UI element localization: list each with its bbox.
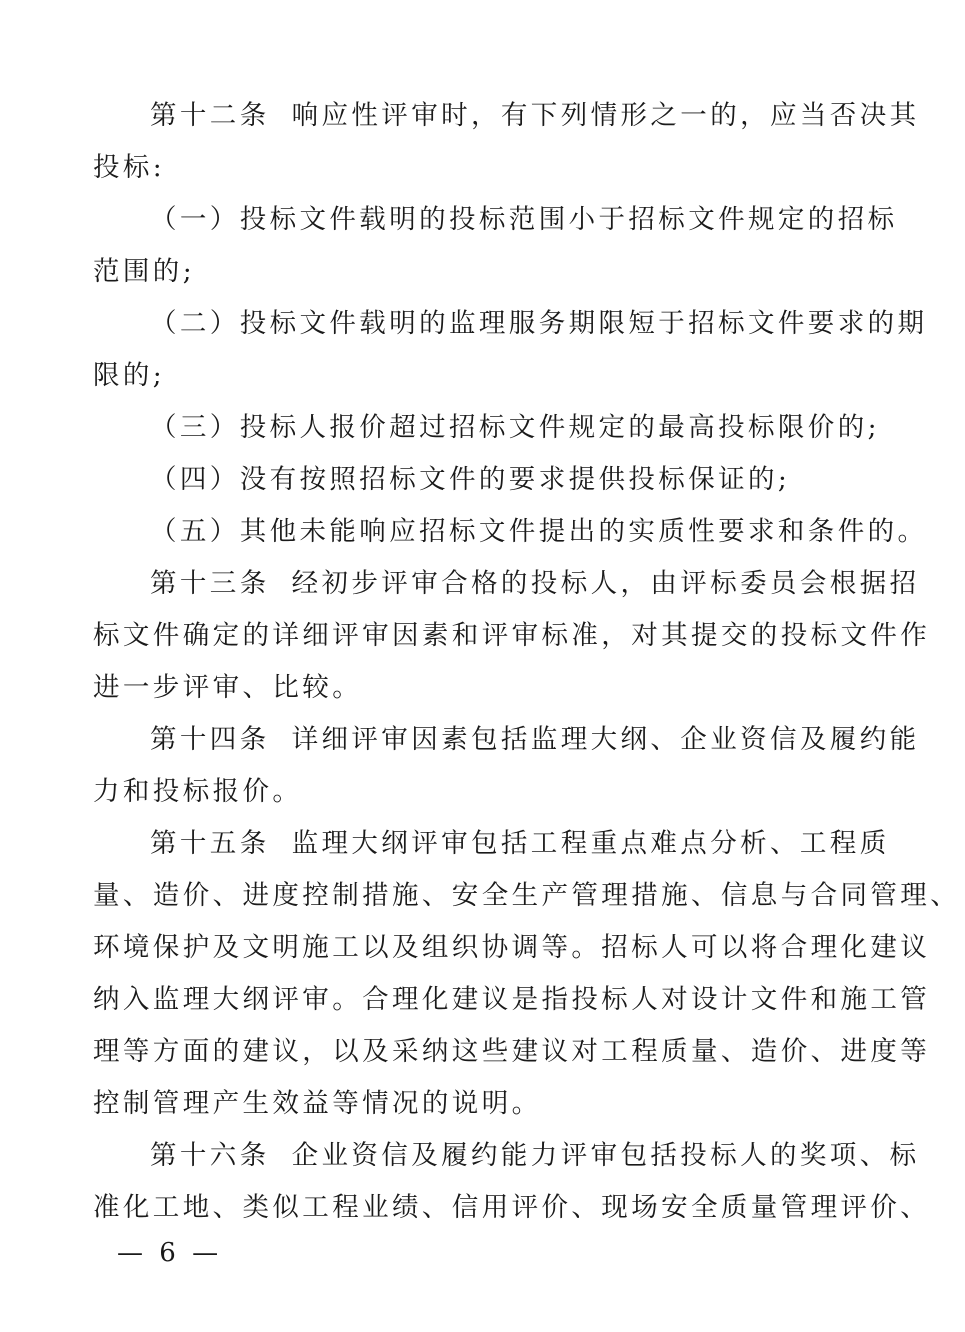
- paragraph-text: 准化工地、类似工程业绩、信用评价、现场安全质量管理评价、: [93, 1192, 930, 1223]
- paragraph-text: 纳入监理大纲评审。合理化建议是指投标人对设计文件和施工管: [93, 984, 930, 1015]
- list-item-text: （五）其他未能响应招标文件提出的实质性要求和条件的。: [150, 516, 927, 547]
- item-2-line-2: 限的;: [93, 356, 885, 396]
- item-1-line-2: 范围的;: [93, 252, 885, 292]
- article-15-line-3: 环境保护及文明施工以及组织协调等。招标人可以将合理化建议: [93, 928, 885, 968]
- article-heading: 第十三条: [150, 568, 270, 599]
- article-13-line-1: 第十三条经初步评审合格的投标人，由评标委员会根据招: [150, 564, 885, 604]
- list-item-text: （四）没有按照招标文件的要求提供投标保证的;: [150, 464, 790, 495]
- list-item-text: 限的;: [93, 360, 165, 391]
- article-15-line-1: 第十五条监理大纲评审包括工程重点难点分析、工程质: [150, 824, 885, 864]
- item-5: （五）其他未能响应招标文件提出的实质性要求和条件的。: [150, 512, 885, 552]
- article-heading: 第十六条: [150, 1140, 270, 1171]
- paragraph-text: 进一步评审、比较。: [93, 672, 362, 703]
- item-3: （三）投标人报价超过招标文件规定的最高投标限价的;: [150, 408, 885, 448]
- page-number: — 6 —: [117, 1233, 222, 1273]
- article-14-line-1: 第十四条详细评审因素包括监理大纲、企业资信及履约能: [150, 720, 885, 760]
- paragraph-text: 企业资信及履约能力评审包括投标人的奖项、标: [292, 1140, 920, 1171]
- article-heading: 第十五条: [150, 828, 270, 859]
- article-12-line-1: 第十二条响应性评审时，有下列情形之一的，应当否决其: [150, 96, 885, 136]
- article-15-line-6: 控制管理产生效益等情况的说明。: [93, 1084, 885, 1124]
- list-item-text: 范围的;: [93, 256, 195, 287]
- article-16-line-1: 第十六条企业资信及履约能力评审包括投标人的奖项、标: [150, 1136, 885, 1176]
- item-4: （四）没有按照招标文件的要求提供投标保证的;: [150, 460, 885, 500]
- paragraph-text: 经初步评审合格的投标人，由评标委员会根据招: [292, 568, 920, 599]
- article-16-line-2: 准化工地、类似工程业绩、信用评价、现场安全质量管理评价、: [93, 1188, 885, 1228]
- paragraph-text: 响应性评审时，有下列情形之一的，应当否决其: [292, 100, 920, 131]
- paragraph-text: 控制管理产生效益等情况的说明。: [93, 1088, 542, 1119]
- paragraph-text: 监理大纲评审包括工程重点难点分析、工程质: [292, 828, 890, 859]
- paragraph-text: 力和投标报价。: [93, 776, 302, 807]
- paragraph-text: 投标:: [93, 152, 165, 183]
- item-2-line-1: （二）投标文件载明的监理服务期限短于招标文件要求的期: [150, 304, 885, 344]
- paragraph-text: 理等方面的建议，以及采纳这些建议对工程质量、造价、进度等: [93, 1036, 930, 1067]
- article-15-line-4: 纳入监理大纲评审。合理化建议是指投标人对设计文件和施工管: [93, 980, 885, 1020]
- article-15-line-2: 量、造价、进度控制措施、安全生产管理措施、信息与合同管理、: [93, 876, 885, 916]
- paragraph-text: 量、造价、进度控制措施、安全生产管理措施、信息与合同管理、: [93, 880, 960, 911]
- list-item-text: （一）投标文件载明的投标范围小于招标文件规定的招标: [150, 204, 898, 235]
- item-1-line-1: （一）投标文件载明的投标范围小于招标文件规定的招标: [150, 200, 885, 240]
- article-13-line-3: 进一步评审、比较。: [93, 668, 885, 708]
- article-14-line-2: 力和投标报价。: [93, 772, 885, 812]
- article-heading: 第十四条: [150, 724, 270, 755]
- article-15-line-5: 理等方面的建议，以及采纳这些建议对工程质量、造价、进度等: [93, 1032, 885, 1072]
- paragraph-text: 详细评审因素包括监理大纲、企业资信及履约能: [292, 724, 920, 755]
- article-13-line-2: 标文件确定的详细评审因素和评审标准，对其提交的投标文件作: [93, 616, 885, 656]
- article-heading: 第十二条: [150, 100, 270, 131]
- list-item-text: （二）投标文件载明的监理服务期限短于招标文件要求的期: [150, 308, 927, 339]
- paragraph-text: 环境保护及文明施工以及组织协调等。招标人可以将合理化建议: [93, 932, 930, 963]
- document-page: 第十二条响应性评审时，有下列情形之一的，应当否决其 投标: （一）投标文件载明的…: [0, 0, 965, 1332]
- article-12-line-2: 投标:: [93, 148, 885, 188]
- paragraph-text: 标文件确定的详细评审因素和评审标准，对其提交的投标文件作: [93, 620, 930, 651]
- list-item-text: （三）投标人报价超过招标文件规定的最高投标限价的;: [150, 412, 880, 443]
